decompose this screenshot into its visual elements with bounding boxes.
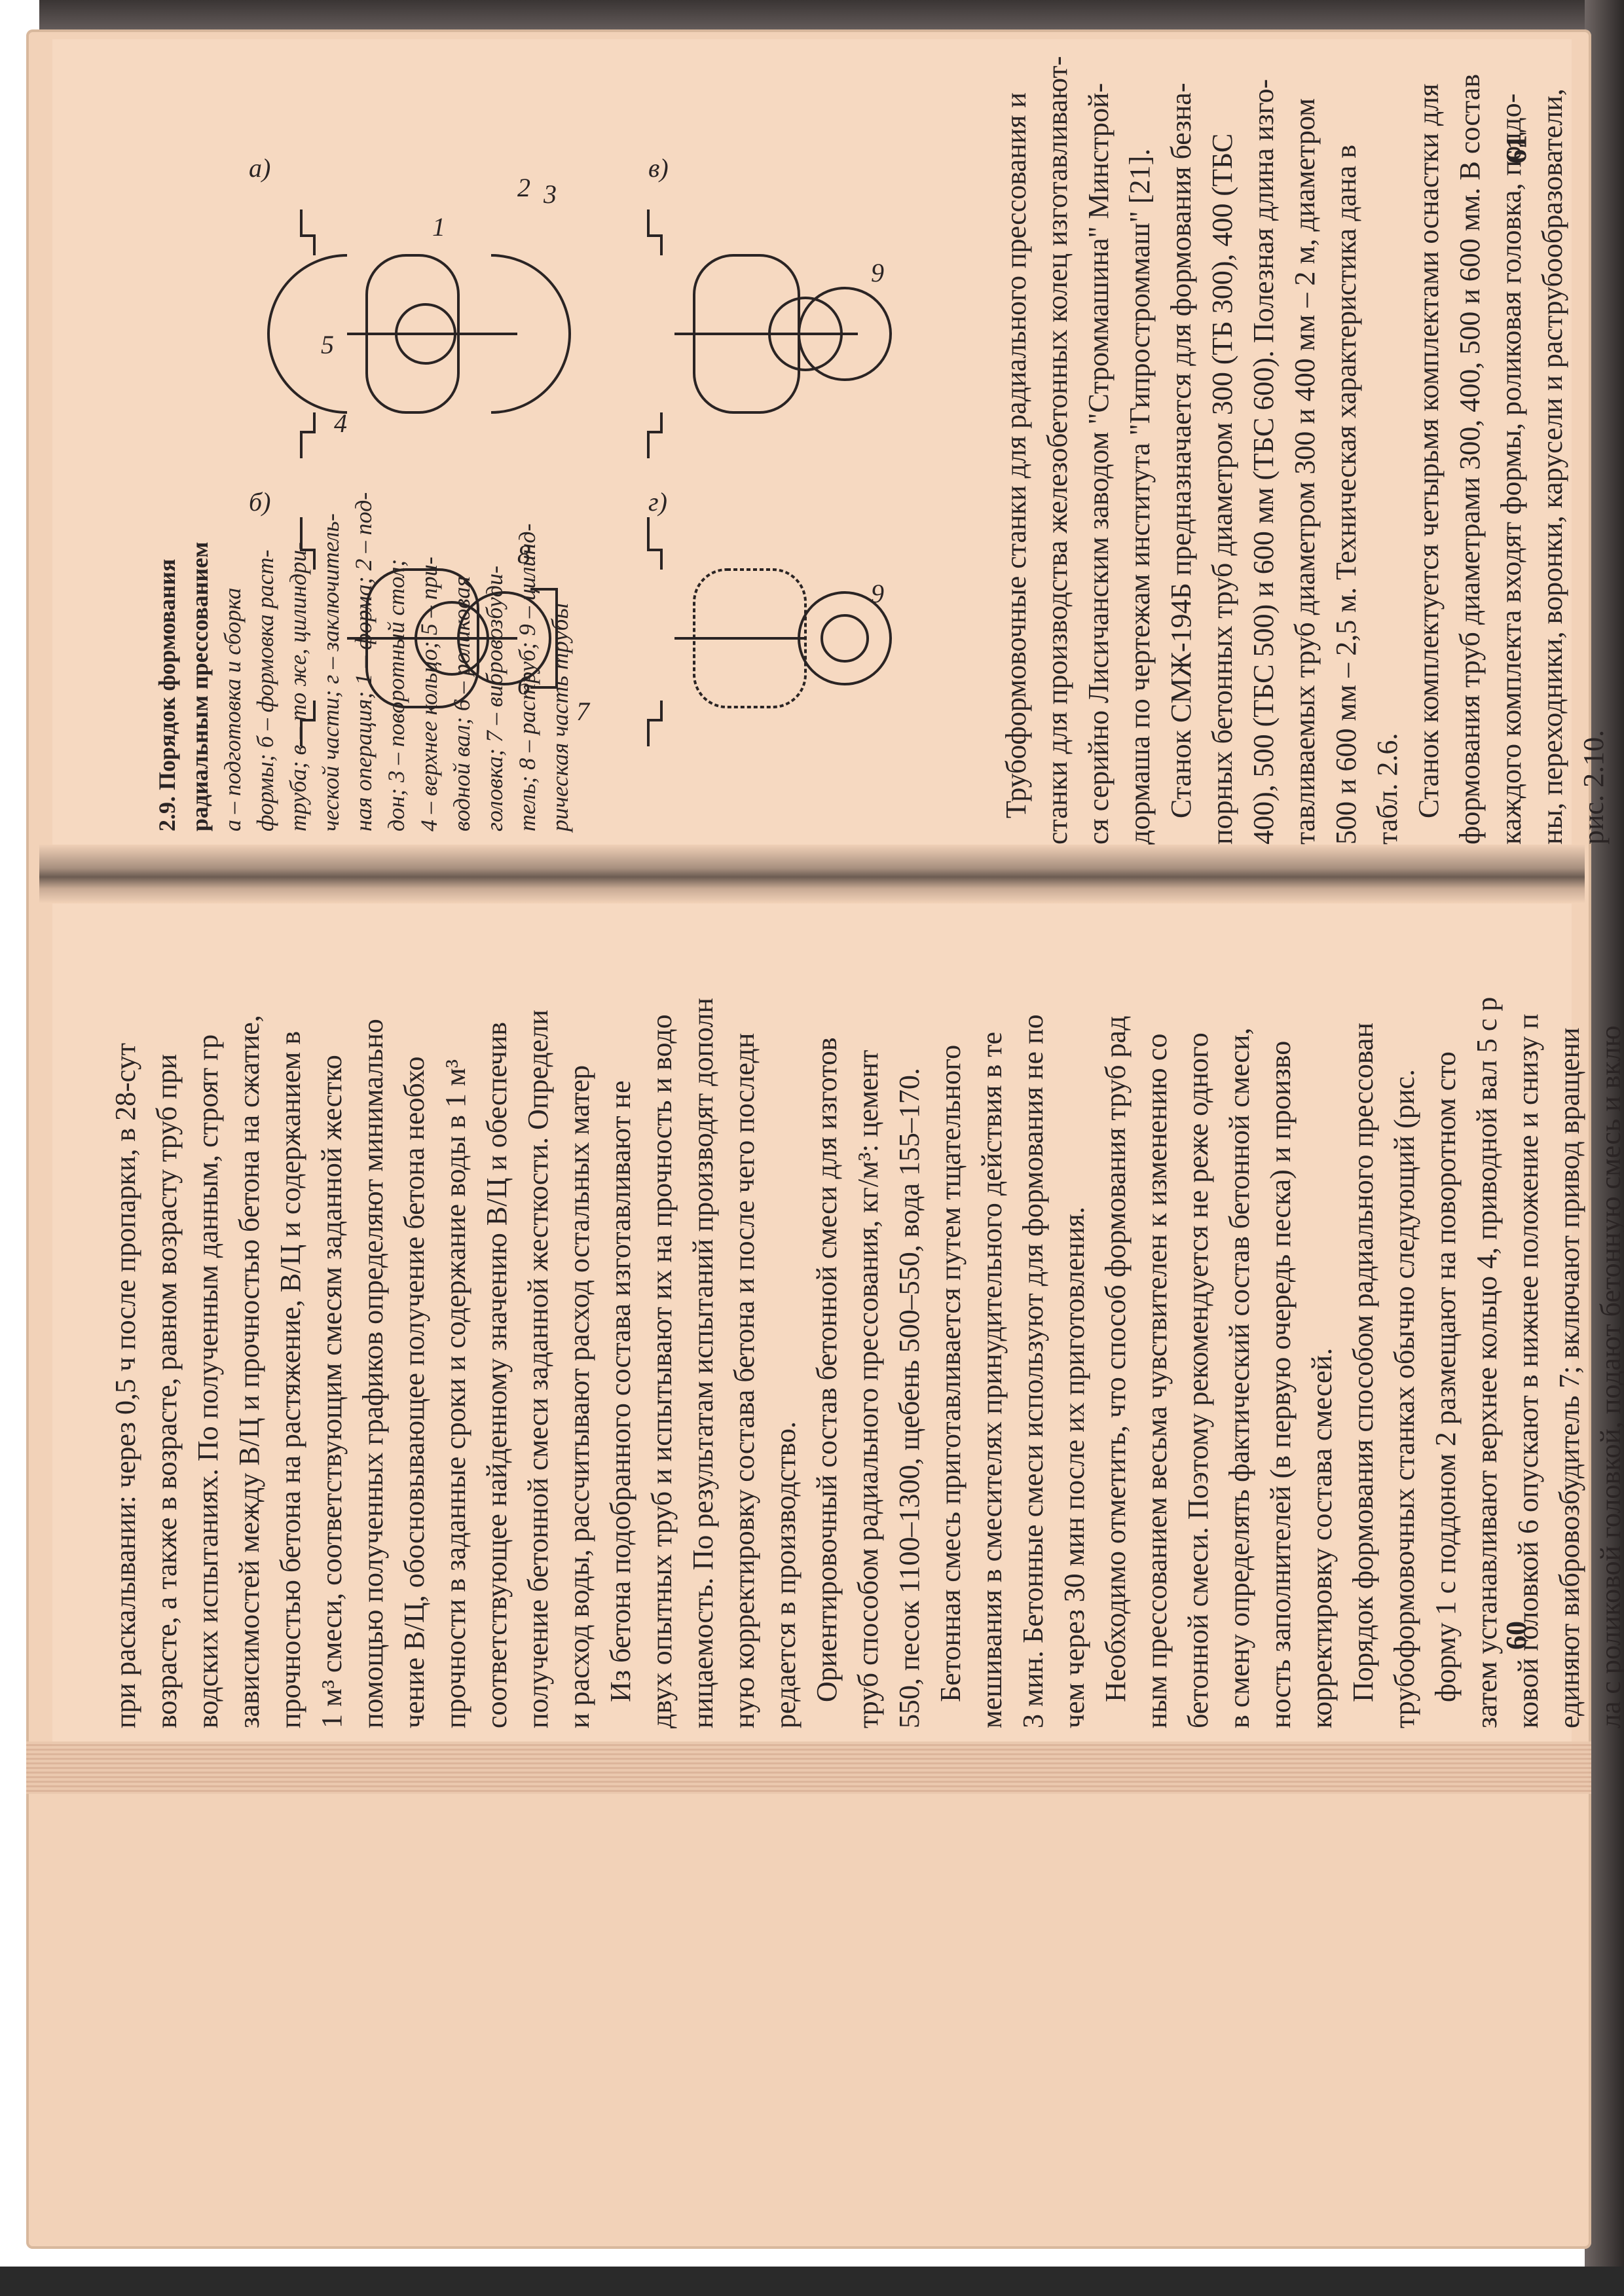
body-line: тавливаемых труб диаметром 300 и 400 мм … xyxy=(1284,26,1325,845)
body-line: корректировку состава смесей. xyxy=(1301,997,1342,1728)
body-line: Станок СМЖ-194Б предназначается для форм… xyxy=(1160,26,1202,845)
callout-7: 7 xyxy=(576,697,591,726)
body-line: трубоформовочных станках обычно следующи… xyxy=(1384,997,1425,1728)
page-edges xyxy=(26,1741,1591,1794)
body-line: двух опытных труб и испытывают их на про… xyxy=(641,997,682,1728)
body-line: чем через 30 мин после их приготовления. xyxy=(1054,997,1095,1728)
body-line: Необходимо отметить, что способ формован… xyxy=(1095,997,1136,1728)
panel-label-b: б) xyxy=(249,487,270,517)
page-number-60: 60 xyxy=(1500,1621,1533,1650)
body-line: помощью полученных графиков определяют м… xyxy=(352,997,394,1728)
callout-5: 5 xyxy=(321,330,334,359)
body-line: Станок комплектуется четырьмя комплектам… xyxy=(1408,26,1449,845)
body-line: 3 мин. Бетонные смеси используют для фор… xyxy=(1012,997,1054,1728)
scanner-edge-bottom xyxy=(0,2267,1624,2296)
caption-line: дон; 3 – поворотный стол; xyxy=(380,550,413,831)
caption-line: 2.9. Порядок формования xyxy=(151,550,183,831)
body-line: 400), 500 (ТБС 500) и 600 мм (ТБС 600). … xyxy=(1243,26,1284,845)
page-60-body: при раскалывании: через 0,5 ч после проп… xyxy=(105,997,1624,1728)
callout-2: 2 xyxy=(517,173,530,202)
caption-line: тель; 8 – раструб; 9 – цилинд- xyxy=(511,550,544,831)
body-line: порных бетонных труб диаметром 300 (ТБ 3… xyxy=(1202,26,1243,845)
body-line: формования труб диаметрами 300, 400, 500… xyxy=(1449,26,1490,845)
body-line: станки для производства железобетонных к… xyxy=(1037,26,1078,845)
panel-label-a: а) xyxy=(249,153,270,183)
body-line: соответствующее найденному значению В/Ц … xyxy=(476,997,517,1728)
body-line: дормаша по чертежам института "Гипростро… xyxy=(1119,26,1160,845)
body-line: рис. 2.10. xyxy=(1573,26,1614,845)
caption-line: водной вал; 6 – роликовая xyxy=(445,550,478,831)
body-line: Станок работает как в ручном, так и в ав… xyxy=(1614,26,1624,845)
body-line: затем устанавливают верхнее кольцо 4, пр… xyxy=(1466,997,1507,1728)
callout-9-g: 9 xyxy=(871,579,884,608)
body-line: получение бетонной смеси заданной жестко… xyxy=(517,997,559,1728)
callout-9-v: 9 xyxy=(871,258,884,287)
caption-line: формы; б – формовка раст- xyxy=(249,550,282,831)
panel-v-diagram xyxy=(648,210,891,458)
body-line: 1 м³ смеси, соответствующим смесям задан… xyxy=(311,997,352,1728)
panel-label-g: г) xyxy=(648,487,667,517)
callout-4: 4 xyxy=(334,409,347,438)
body-line: 500 и 600 мм – 2,5 м. Техническая характ… xyxy=(1325,26,1367,845)
body-line: Бетонная смесь приготавливается путем тщ… xyxy=(930,997,971,1728)
body-line: редается в производство. xyxy=(765,997,806,1728)
caption-line: труба; в – то же, цилиндри- xyxy=(282,550,314,831)
body-line: при раскалывании: через 0,5 ч после проп… xyxy=(105,997,146,1728)
caption-line: головка; 7 – вибровозбуди- xyxy=(478,550,511,831)
body-line: ницаемость. По результатам испытаний про… xyxy=(682,997,724,1728)
body-line: форму 1 с поддоном 2 размещают на поворо… xyxy=(1425,997,1466,1728)
body-line: Порядок формования способом радиального … xyxy=(1342,997,1384,1728)
caption-line: рическая часть трубы xyxy=(544,550,576,831)
body-line: ную корректировку состава бетона и после… xyxy=(724,997,765,1728)
caption-line: ческой части; г – заключитель- xyxy=(314,550,347,831)
body-line: водских испытаниях. По полученным данным… xyxy=(187,997,229,1728)
callout-1: 1 xyxy=(432,212,445,242)
body-line: Из бетона подобранного состава изготавли… xyxy=(600,997,641,1728)
body-line: в смену определять фактический состав бе… xyxy=(1219,997,1260,1728)
figure-caption: 2.9. Порядок формования радиальным пресс… xyxy=(151,550,576,831)
body-line: ла с роликовой головкой, подают бетонную… xyxy=(1590,997,1624,1728)
body-line: ся серийно Лисичанским заводом "Строммаш… xyxy=(1078,26,1119,845)
panel-label-v: в) xyxy=(648,153,669,183)
body-line: 550, песок 1100–1300, щебень 500–550, во… xyxy=(889,997,930,1728)
panel-a-diagram xyxy=(268,210,570,458)
body-line: прочности в заданные сроки и содержание … xyxy=(435,997,476,1728)
caption-line: а – подготовка и сборка xyxy=(216,550,249,831)
body-line: единяют вибровозбудитель 7; включают при… xyxy=(1549,997,1590,1728)
book-spine-gutter xyxy=(39,845,1585,903)
caption-line: 4 – верхнее кольцо; 5 – при- xyxy=(413,550,445,831)
body-line: труб способом радиального прессования, к… xyxy=(847,997,889,1728)
body-line: табл. 2.6. xyxy=(1367,26,1408,845)
body-line: мешивания в смесителях принудительного д… xyxy=(971,997,1012,1728)
body-line: и расход воды, рассчитывают расход остал… xyxy=(559,997,600,1728)
body-line: зависимостей между В/Ц и прочностью бето… xyxy=(229,997,270,1728)
body-line: ны, переходники, воронки, карусели и рас… xyxy=(1532,26,1573,845)
panel-g-diagram xyxy=(648,517,891,746)
body-line: Ориентировочный состав бетонной смеси дл… xyxy=(806,997,847,1728)
body-line: бетонной смеси. Поэтому рекомендуется не… xyxy=(1177,997,1219,1728)
body-line: чение В/Ц, обосновывающее получение бето… xyxy=(394,997,435,1728)
body-line: возрасте, а также в возрасте, равном воз… xyxy=(146,997,187,1728)
body-line: прочностью бетона на растяжение, В/Ц и с… xyxy=(270,997,311,1728)
caption-line: радиальным прессованием xyxy=(183,550,216,831)
page-number-61: 61 xyxy=(1500,135,1533,164)
body-line: Трубоформовочные станки для радиального … xyxy=(995,26,1037,845)
body-line: ным прессованием весьма чувствителен к и… xyxy=(1136,997,1177,1728)
caption-line: ная операция; 1 – форма; 2 – под- xyxy=(347,550,380,831)
callout-3: 3 xyxy=(543,179,557,209)
body-line: ность заполнителей (в первую очередь пес… xyxy=(1260,997,1301,1728)
body-line: ковой головкой 6 опускают в нижнее полож… xyxy=(1507,997,1549,1728)
